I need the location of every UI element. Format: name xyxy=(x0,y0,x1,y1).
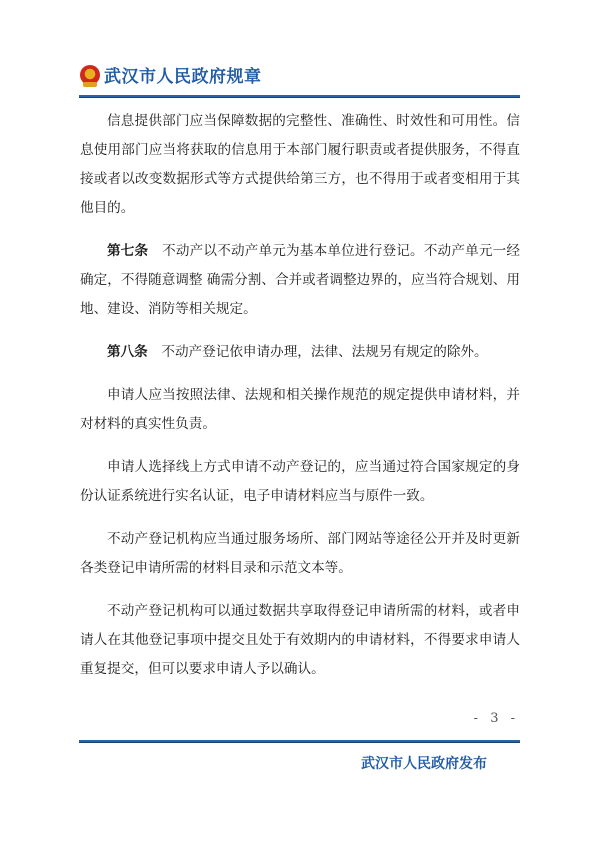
footer-divider xyxy=(79,740,520,743)
paragraph: 申请人应当按照法律、法规和相关操作规范的规定提供申请材料，并对材料的真实性负责。 xyxy=(80,381,520,439)
paragraph-text: 申请人选择线上方式申请不动产登记的，应当通过符合国家规定的身份认证系统进行实名认… xyxy=(80,459,520,504)
paragraph-text: 不动产登记依申请办理，法律、法规另有规定的除外。 xyxy=(148,344,488,360)
document-body: 信息提供部门应当保障数据的完整性、准确性、时效性和可用性。信息使用部门应当将获取… xyxy=(80,107,520,698)
paragraph-text: 不动产登记机构可以通过数据共享取得登记申请所需的材料，或者申请人在其他登记事项中… xyxy=(80,603,520,677)
national-emblem-icon xyxy=(80,65,100,85)
page-number: - 3 - xyxy=(474,711,519,726)
paragraph-article-8: 第八条 不动产登记依申请办理，法律、法规另有规定的除外。 xyxy=(80,338,520,367)
paragraph: 信息提供部门应当保障数据的完整性、准确性、时效性和可用性。信息使用部门应当将获取… xyxy=(80,107,520,223)
paragraph-text: 不动产登记机构应当通过服务场所、部门网站等途径公开并及时更新各类登记申请所需的材… xyxy=(80,531,520,576)
paragraph: 不动产登记机构应当通过服务场所、部门网站等途径公开并及时更新各类登记申请所需的材… xyxy=(80,525,520,583)
article-label: 第七条 xyxy=(107,243,148,259)
document-header: 武汉市人民政府规章 xyxy=(80,62,262,87)
paragraph-text: 申请人应当按照法律、法规和相关操作规范的规定提供申请材料，并对材料的真实性负责。 xyxy=(80,387,520,432)
header-divider xyxy=(79,95,520,98)
paragraph-text: 信息提供部门应当保障数据的完整性、准确性、时效性和可用性。信息使用部门应当将获取… xyxy=(80,113,520,216)
header-title: 武汉市人民政府规章 xyxy=(104,62,262,87)
footer-publisher: 武汉市人民政府发布 xyxy=(361,753,487,773)
paragraph: 不动产登记机构可以通过数据共享取得登记申请所需的材料，或者申请人在其他登记事项中… xyxy=(80,597,520,684)
paragraph: 申请人选择线上方式申请不动产登记的，应当通过符合国家规定的身份认证系统进行实名认… xyxy=(80,453,520,511)
paragraph-article-7: 第七条 不动产以不动产单元为基本单位进行登记。不动产单元一经确定，不得随意调整 … xyxy=(80,237,520,324)
article-label: 第八条 xyxy=(107,344,148,360)
